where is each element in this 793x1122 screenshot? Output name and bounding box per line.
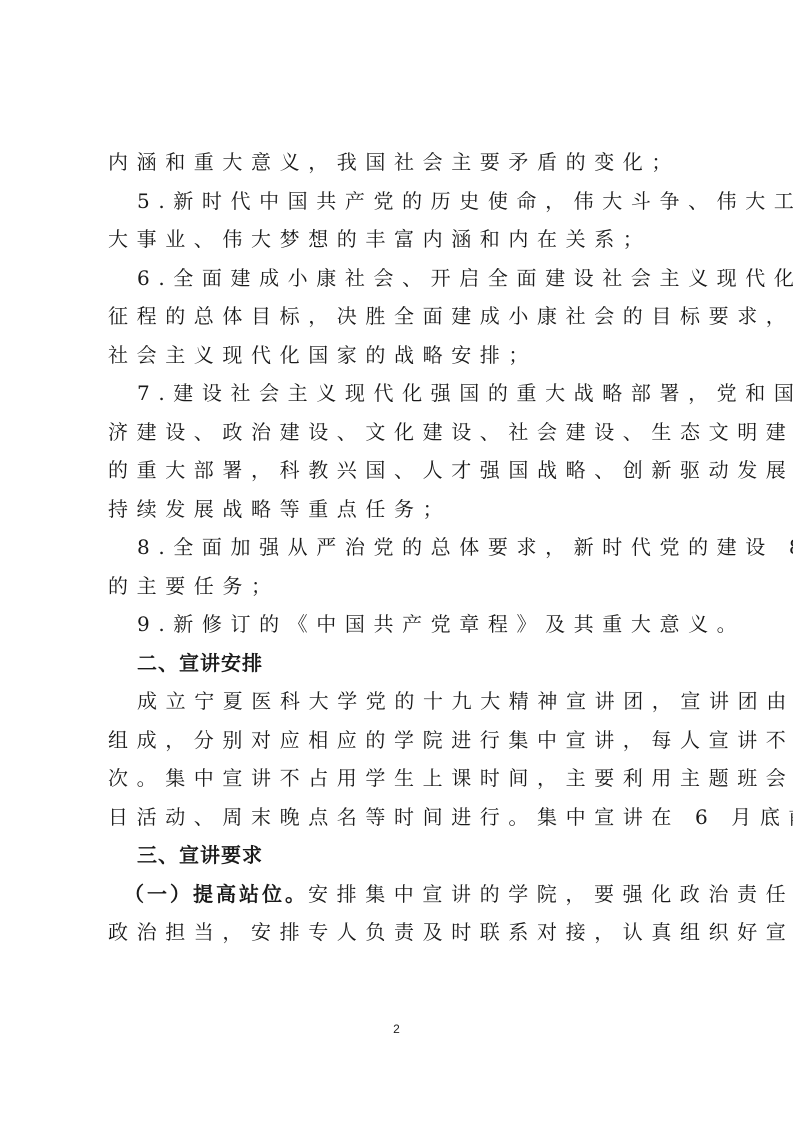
- requirement-item-1: （一）提高站位。安排集中宣讲的学院，要强化政治责任、: [108, 875, 694, 914]
- bold-lead-text: （一）提高站位。: [124, 882, 308, 906]
- body-text-line: 内涵和重大意义，我国社会主要矛盾的变化；: [108, 143, 694, 182]
- body-text-line: 征程的总体目标，决胜全面建成小康社会的目标要求，全面建设: [108, 297, 694, 336]
- list-item-6: 6.全面建成小康社会、开启全面建设社会主义现代化国家新: [108, 259, 694, 298]
- page-number: 2: [0, 1022, 793, 1036]
- body-text-line: 持续发展战略等重点任务；: [108, 490, 694, 529]
- section-heading-requirements: 三、宣讲要求: [108, 836, 694, 875]
- list-item-8: 8.全面加强从严治党的总体要求，新时代党的建设 8 个方面: [108, 528, 694, 567]
- body-text-line: 济建设、政治建设、文化建设、社会建设、生态文明建设等方面: [108, 413, 694, 452]
- requirement-text: 安排集中宣讲的学院，要强化政治责任、: [308, 882, 793, 906]
- body-text-line: 次。集中宣讲不占用学生上课时间，主要利用主题班会、党（团）: [108, 759, 694, 798]
- body-text-line: 政治担当，安排专人负责及时联系对接，认真组织好宣讲活动。: [108, 913, 694, 952]
- section-heading-arrangement: 二、宣讲安排: [108, 644, 694, 683]
- body-text-line: 的重大部署，科教兴国、人才强国战略、创新驱动发展战略、可: [108, 451, 694, 490]
- list-item-9: 9.新修订的《中国共产党章程》及其重大意义。: [108, 605, 694, 644]
- body-text-line: 日活动、周末晚点名等时间进行。集中宣讲在 6 月底前结束。: [108, 798, 694, 837]
- list-item-5: 5.新时代中国共产党的历史使命，伟大斗争、伟大工程、伟: [108, 182, 694, 221]
- body-text-line: 的主要任务；: [108, 567, 694, 606]
- list-item-7: 7.建设社会主义现代化强国的重大战略部署，党和国家在经: [108, 374, 694, 413]
- paragraph-arrangement: 成立宁夏医科大学党的十九大精神宣讲团，宣讲团由 16 人: [108, 682, 694, 721]
- body-text-line: 大事业、伟大梦想的丰富内涵和内在关系；: [108, 220, 694, 259]
- body-text-line: 组成，分别对应相应的学院进行集中宣讲，每人宣讲不少于 2 场: [108, 721, 694, 760]
- document-page: 内涵和重大意义，我国社会主要矛盾的变化； 5.新时代中国共产党的历史使命，伟大斗…: [108, 143, 694, 952]
- body-text-line: 社会主义现代化国家的战略安排；: [108, 336, 694, 375]
